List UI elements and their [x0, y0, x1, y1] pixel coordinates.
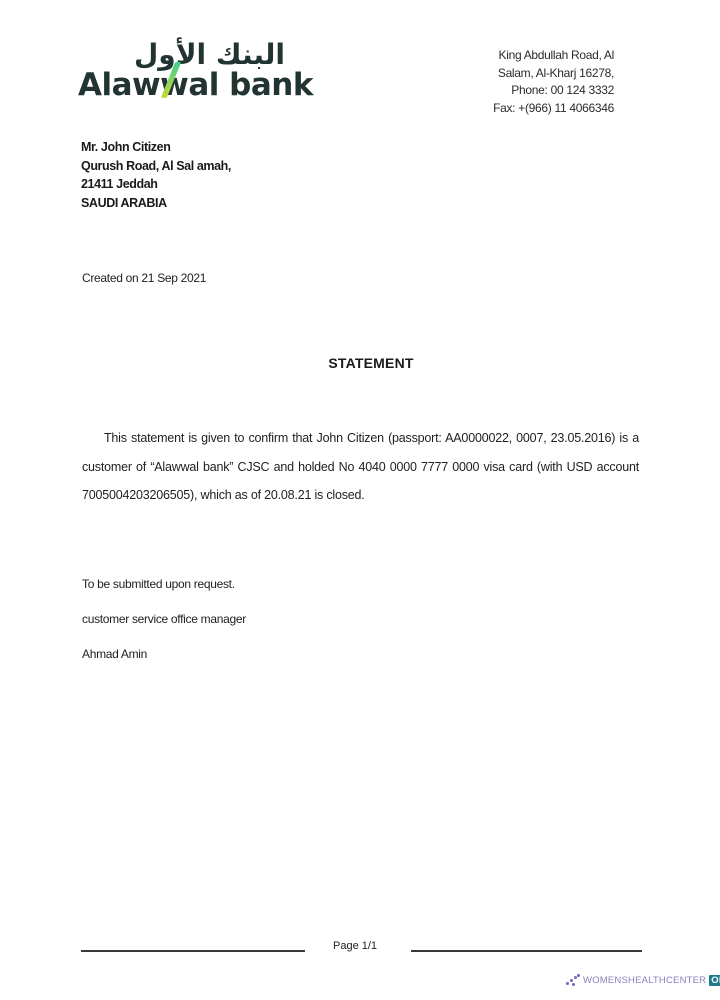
created-date: Created on 21 Sep 2021	[82, 271, 206, 285]
watermark-dots-icon	[566, 974, 580, 986]
bank-address-line: King Abdullah Road, Al	[493, 47, 614, 65]
signatory-name: Ahmad Amin	[82, 645, 246, 680]
submission-note: To be submitted upon request.	[82, 575, 246, 610]
document-title: STATEMENT	[0, 355, 720, 371]
page-number: Page 1/1	[333, 940, 377, 952]
bank-fax: Fax: +(966) 11 4066346	[493, 100, 614, 118]
watermark: WOMENSHEALTHCENTER ORG	[566, 974, 720, 986]
footer-divider-left	[81, 950, 305, 952]
recipient-name: Mr. John Citizen	[81, 138, 231, 157]
bank-address: King Abdullah Road, Al Salam, Al-Kharj 1…	[493, 47, 614, 117]
recipient-city: 21411 Jeddah	[81, 175, 231, 194]
recipient-address: Mr. John Citizen Qurush Road, Al Sal ama…	[81, 138, 231, 212]
signatory-position: customer service office manager	[82, 610, 246, 645]
closing-block: To be submitted upon request. customer s…	[82, 575, 246, 680]
bank-phone: Phone: 00 124 3332	[493, 82, 614, 100]
watermark-text: WOMENSHEALTHCENTER	[583, 975, 706, 986]
bank-logo: البنك الأول Alawwal bank	[78, 40, 298, 102]
logo-english-name: Alawwal bank	[78, 68, 313, 102]
bank-address-line: Salam, Al-Kharj 16278,	[493, 65, 614, 83]
statement-body: This statement is given to confirm that …	[82, 424, 639, 510]
watermark-badge: ORG	[709, 975, 720, 986]
statement-body-text: This statement is given to confirm that …	[82, 431, 639, 502]
logo-arabic-name: البنك الأول	[134, 40, 285, 70]
recipient-country: SAUDI ARABIA	[81, 194, 231, 213]
document-title-text: STATEMENT	[328, 355, 413, 371]
footer-divider-right	[411, 950, 642, 952]
recipient-street: Qurush Road, Al Sal amah,	[81, 157, 231, 176]
